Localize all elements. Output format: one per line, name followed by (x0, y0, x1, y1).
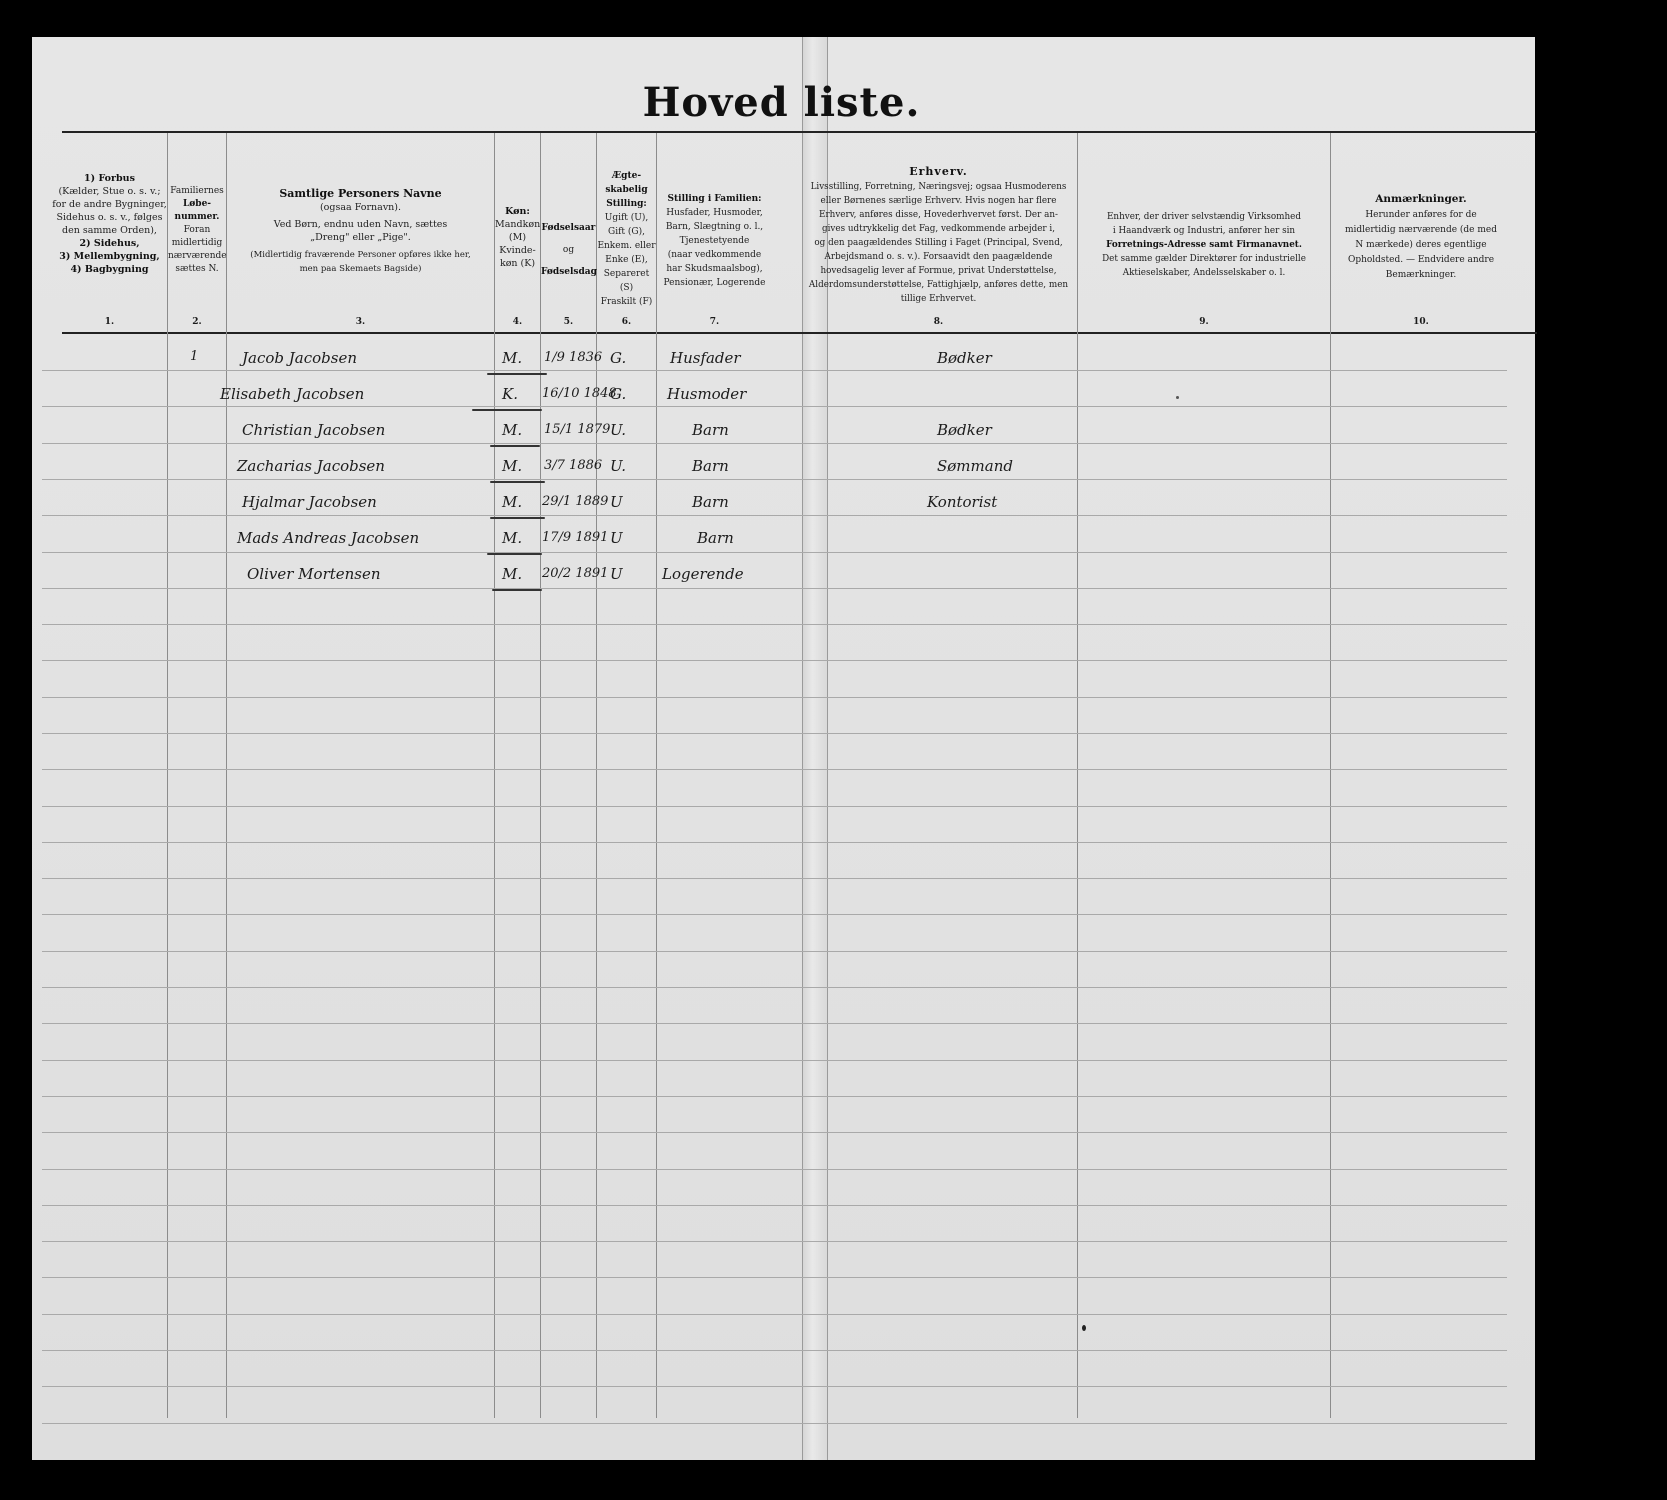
underline-stroke (492, 589, 542, 591)
row-rule (42, 842, 1507, 843)
col-number: 2. (168, 317, 226, 327)
row-rule (42, 588, 1507, 589)
underline-stroke (490, 445, 540, 447)
marital-status: G. (610, 385, 626, 403)
family-role: Barn (692, 457, 729, 475)
col6-header: Ægte- skabelig Stilling: Ugift (U), Gift… (597, 169, 656, 309)
birth-date: 20/2 1891 (542, 566, 608, 581)
marital-status: U (610, 529, 623, 547)
family-role: Barn (697, 529, 734, 547)
sex: M. (502, 529, 522, 547)
occupation: Sømmand (937, 457, 1013, 475)
row-rule (42, 1277, 1507, 1278)
row-rule (42, 624, 1507, 625)
row-rule (42, 769, 1507, 770)
birth-date: 16/10 1848 (542, 386, 617, 401)
row-rule (42, 697, 1507, 698)
row-rule (42, 443, 1507, 444)
row-rule (42, 1241, 1507, 1242)
col1-header: 1) Forbus (Kælder, Stue o. s. v.; for de… (52, 172, 167, 276)
row-rule (42, 370, 1507, 371)
sex: K. (502, 385, 518, 403)
col-number: 5. (541, 317, 596, 327)
birth-date: 17/9 1891 (542, 530, 608, 545)
col-number: 4. (495, 317, 540, 327)
sex: M. (502, 349, 522, 367)
col4-header: Køn: Mandkøn (M) Kvinde- køn (K) (495, 205, 540, 270)
sex: M. (502, 421, 522, 439)
marital-status: U (610, 565, 623, 583)
row-rule (42, 806, 1507, 807)
occupation: Kontorist (927, 493, 997, 511)
person-name: Oliver Mortensen (247, 565, 381, 583)
col-number: 9. (1078, 317, 1330, 327)
col-number: 3. (227, 317, 494, 327)
birth-date: 29/1 1889 (542, 494, 608, 509)
row-rule (42, 1023, 1507, 1024)
col2-header: Familiernes Løbe- nummer. Foran midlerti… (168, 185, 226, 276)
sex: M. (502, 493, 522, 511)
occupation: Bødker (937, 349, 992, 367)
person-name: Christian Jacobsen (242, 421, 385, 439)
person-name: Jacob Jacobsen (242, 349, 357, 367)
col10-header: Anmærkninger. Herunder anføres for de mi… (1331, 192, 1511, 283)
page-title: Hoved liste. (32, 79, 1535, 126)
family-role: Barn (692, 421, 729, 439)
birth-date: 15/1 1879 (544, 422, 610, 437)
census-sheet: Hoved liste. 1) Forbus (Kælder, Stue o. … (32, 37, 1535, 1460)
underline-stroke (472, 409, 542, 411)
col-number: 8. (800, 317, 1077, 327)
sex: M. (502, 565, 522, 583)
header-bottom-rule (62, 332, 1537, 334)
col5-header: Fødselsaar og Fødselsdag (541, 217, 596, 283)
row-rule (42, 951, 1507, 952)
row-rule (42, 552, 1507, 553)
underline-stroke (487, 553, 542, 555)
col7-header: Stilling i Familien: Husfader, Husmoder,… (657, 192, 772, 290)
row-rule (42, 1386, 1507, 1387)
family-role: Barn (692, 493, 729, 511)
col-number: 6. (597, 317, 656, 327)
underline-stroke (487, 373, 547, 375)
person-name: Hjalmar Jacobsen (242, 493, 377, 511)
col9-header: Enhver, der driver selvstændig Virksomhe… (1078, 210, 1330, 280)
family-role: Husfader (670, 349, 741, 367)
col8-header: Erhverv. Livsstilling, Forretning, Nærin… (800, 165, 1077, 306)
top-rule (62, 131, 1537, 133)
row-rule (42, 1060, 1507, 1061)
row-rule (42, 660, 1507, 661)
row-rule (42, 1423, 1507, 1424)
row-rule (42, 515, 1507, 516)
row-rule (42, 479, 1507, 480)
marital-status: G. (610, 349, 626, 367)
row-rule (42, 1350, 1507, 1351)
person-name: Mads Andreas Jacobsen (237, 529, 419, 547)
row-rule (42, 914, 1507, 915)
row-rule (42, 406, 1507, 407)
underline-stroke (490, 517, 545, 519)
marital-status: U (610, 493, 623, 511)
ink-speck (1176, 396, 1179, 399)
birth-date: 3/7 1886 (544, 458, 602, 473)
row-rule (42, 1132, 1507, 1133)
row-rule (42, 1096, 1507, 1097)
family-number: 1 (190, 349, 198, 364)
row-rule (42, 987, 1507, 988)
marital-status: U. (610, 421, 626, 439)
row-rule (42, 878, 1507, 879)
family-role: Husmoder (667, 385, 746, 403)
col3-header: Samtlige Personers Navne (ogsaa Fornavn)… (227, 187, 494, 276)
row-rule (42, 733, 1507, 734)
row-rule (42, 1314, 1507, 1315)
col-number: 1. (52, 317, 167, 327)
underline-stroke (490, 481, 545, 483)
marital-status: U. (610, 457, 626, 475)
occupation: Bødker (937, 421, 992, 439)
ink-speck (1082, 1325, 1086, 1331)
row-rule (42, 1169, 1507, 1170)
person-name: Zacharias Jacobsen (237, 457, 385, 475)
birth-date: 1/9 1836 (544, 350, 602, 365)
col-number: 10. (1331, 317, 1511, 327)
person-name: Elisabeth Jacobsen (220, 385, 364, 403)
row-rule (42, 1205, 1507, 1206)
col-number: 7. (657, 317, 772, 327)
sex: M. (502, 457, 522, 475)
family-role: Logerende (662, 565, 744, 583)
